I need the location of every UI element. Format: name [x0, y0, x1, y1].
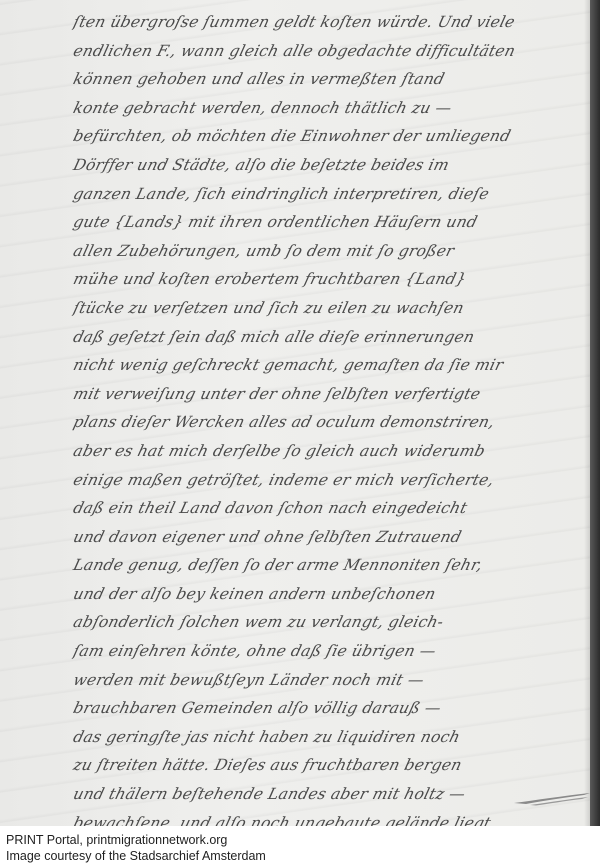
manuscript-line: bewachſene, und alſo noch ungebaute gelä…: [70, 809, 597, 826]
manuscript-line: ganzen Lande, ſich eindringlich interpre…: [70, 180, 597, 209]
manuscript-line: das geringſte jas nicht haben zu liquidi…: [70, 723, 597, 752]
image-caption: PRINT Portal, printmigrationnetwork.org …: [6, 832, 266, 864]
manuscript-line: plans dieſer Wercken alles ad oculum dem…: [70, 408, 597, 437]
manuscript-line: mühe und koſten erobertem fruchtbaren {L…: [70, 265, 597, 294]
handwritten-text-block: ſten übergroſse ſummen geldt koſten würd…: [70, 8, 590, 826]
scan-dark-edge: [590, 0, 600, 826]
manuscript-line: zu ſtreiten hätte. Dieſes aus fruchtbare…: [70, 751, 597, 780]
caption-credit: Image courtesy of the Stadsarchief Amste…: [6, 848, 266, 864]
manuscript-line: befürchten, ob möchten die Einwohner der…: [70, 122, 597, 151]
manuscript-line: abſonderlich ſolchen wem zu verlangt, gl…: [70, 608, 597, 637]
manuscript-line: Dörffer und Städte, alſo die beſetzte be…: [70, 151, 597, 180]
manuscript-line: daß ein theil Land davon ſchon nach eing…: [70, 494, 597, 523]
manuscript-line: und davon eigener und ohne ſelbſten Zutr…: [70, 523, 597, 552]
manuscript-line: mit verweiſung unter der ohne ſelbſten v…: [70, 380, 597, 409]
manuscript-line: können gehoben und alles in vermeßten ſt…: [70, 65, 597, 94]
closing-flourish-mark: [512, 792, 592, 806]
manuscript-line: gute {Lands} mit ihren ordentlichen Häuſ…: [70, 208, 597, 237]
manuscript-line: und der alſo bey keinen andern unbeſchon…: [70, 580, 597, 609]
manuscript-line: ſtücke zu verſetzen und ſich zu eilen zu…: [70, 294, 597, 323]
manuscript-line: werden mit bewußtſeyn Länder noch mit —: [70, 666, 597, 695]
manuscript-line: aber es hat mich derſelbe ſo gleich auch…: [70, 437, 597, 466]
manuscript-line: ſam einſehren könte, ohne daß ſie übrige…: [70, 637, 597, 666]
manuscript-line: endlichen F., wann gleich alle obgedacht…: [70, 37, 597, 66]
caption-source: PRINT Portal, printmigrationnetwork.org: [6, 832, 266, 848]
manuscript-line: ſten übergroſse ſummen geldt koſten würd…: [70, 8, 597, 37]
manuscript-line: daß geſetzt ſein daß mich alle dieſe eri…: [70, 323, 597, 352]
manuscript-line: konte gebracht werden, dennoch thätlich …: [70, 94, 597, 123]
manuscript-scan: ſten übergroſse ſummen geldt koſten würd…: [0, 0, 600, 826]
manuscript-line: einige maßen getröſtet, indeme er mich v…: [70, 466, 597, 495]
manuscript-line: allen Zubehörungen, umb ſo dem mit ſo gr…: [70, 237, 597, 266]
manuscript-line: brauchbaren Gemeinden alſo völlig darauß…: [70, 694, 597, 723]
manuscript-line: nicht wenig geſchreckt gemacht, gemaſten…: [70, 351, 597, 380]
manuscript-line: Lande genug, deſſen ſo der arme Mennonit…: [70, 551, 597, 580]
